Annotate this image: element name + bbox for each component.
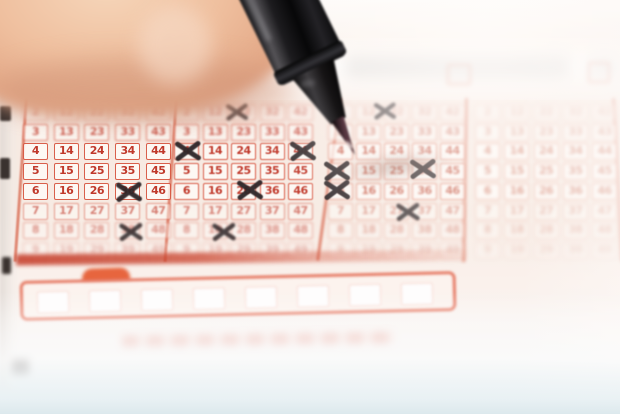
fingernail bbox=[138, 6, 212, 84]
number-cell: 26 bbox=[534, 183, 559, 200]
number-cell: 25 bbox=[534, 163, 559, 180]
number-cell: 3 bbox=[23, 124, 48, 141]
timing-mark bbox=[0, 158, 10, 179]
number-cell: 8 bbox=[174, 222, 199, 239]
number-cell: 25 bbox=[84, 163, 109, 180]
number-cell: 47 bbox=[288, 203, 313, 220]
x-mark-26 bbox=[235, 179, 265, 201]
number-cell: 18 bbox=[504, 222, 529, 239]
number-cell: 48 bbox=[592, 222, 617, 239]
number-cell: 16 bbox=[504, 183, 529, 200]
number-cell: 47 bbox=[592, 203, 617, 220]
number-cell: 5 bbox=[174, 163, 199, 180]
number-cell: 43 bbox=[146, 124, 171, 141]
number-cell: 23 bbox=[84, 124, 109, 141]
number-cell: 8 bbox=[23, 222, 48, 239]
number-cell: 15 bbox=[54, 163, 79, 180]
number-cell: 45 bbox=[146, 163, 171, 180]
number-cell: 43 bbox=[440, 124, 465, 141]
number-cell: 37 bbox=[563, 203, 588, 220]
entry-cell bbox=[193, 287, 225, 310]
timing-mark bbox=[12, 360, 29, 375]
entry-cell bbox=[89, 290, 121, 313]
number-cell: 43 bbox=[592, 124, 617, 141]
number-cell: 46 bbox=[592, 183, 617, 200]
number-cell: 2 bbox=[475, 104, 500, 121]
number-cell: 34 bbox=[115, 143, 140, 160]
number-cell: 36 bbox=[563, 183, 588, 200]
number-cell: 45 bbox=[288, 163, 313, 180]
number-cell: 7 bbox=[475, 203, 500, 220]
number-cell: 13 bbox=[203, 124, 228, 141]
number-cell: 37 bbox=[115, 203, 140, 220]
number-cell: 35 bbox=[260, 163, 285, 180]
number-cell: 16 bbox=[203, 183, 228, 200]
number-cell: 26 bbox=[84, 183, 109, 200]
timing-mark bbox=[2, 257, 11, 274]
number-cell: 35 bbox=[563, 163, 588, 180]
number-cell: 48 bbox=[288, 222, 313, 239]
panel-header-box bbox=[447, 64, 471, 85]
pen-felt-tip bbox=[330, 116, 362, 159]
number-cell: 18 bbox=[54, 222, 79, 239]
number-cell: 24 bbox=[231, 143, 256, 160]
number-cell: 7 bbox=[328, 203, 353, 220]
number-cell: 44 bbox=[592, 143, 617, 160]
number-cell: 13 bbox=[504, 124, 529, 141]
number-cell: 14 bbox=[504, 143, 529, 160]
number-cell: 34 bbox=[260, 143, 285, 160]
number-cell: 38 bbox=[260, 222, 285, 239]
number-cell: 47 bbox=[146, 203, 171, 220]
number-cell: 24 bbox=[534, 143, 559, 160]
number-cell: 7 bbox=[23, 203, 48, 220]
number-cell: 38 bbox=[412, 222, 437, 239]
number-cell: 12 bbox=[504, 104, 529, 121]
number-cell: 6 bbox=[475, 183, 500, 200]
number-cell: 45 bbox=[592, 163, 617, 180]
x-mark-38 bbox=[118, 222, 145, 242]
number-cell: 35 bbox=[115, 163, 140, 180]
number-cell: 46 bbox=[288, 183, 313, 200]
number-cell: 39 bbox=[563, 242, 588, 259]
entry-cell bbox=[401, 283, 433, 306]
number-cell: 22 bbox=[534, 104, 559, 121]
number-cell: 42 bbox=[440, 104, 465, 121]
number-cell: 16 bbox=[356, 183, 381, 200]
x-mark-4 bbox=[173, 140, 203, 162]
number-cell: 23 bbox=[534, 124, 559, 141]
number-cell: 4 bbox=[23, 143, 48, 160]
number-cell: 15 bbox=[504, 163, 529, 180]
number-cell: 5 bbox=[475, 163, 500, 180]
entry-cell bbox=[37, 291, 69, 314]
entry-cell bbox=[245, 286, 277, 309]
number-cell: 32 bbox=[412, 104, 437, 121]
number-cell: 49 bbox=[592, 242, 617, 259]
number-cell: 46 bbox=[146, 183, 171, 200]
entry-cell bbox=[141, 288, 173, 311]
number-cell: 33 bbox=[260, 124, 285, 141]
number-cell: 17 bbox=[504, 203, 529, 220]
panel-header-box bbox=[588, 62, 610, 83]
number-cell: 9 bbox=[475, 242, 500, 259]
x-mark-36 bbox=[114, 181, 144, 203]
number-cell: 33 bbox=[115, 124, 140, 141]
number-cell: 36 bbox=[412, 183, 437, 200]
number-cell: 42 bbox=[592, 104, 617, 121]
number-cell: 5 bbox=[23, 163, 48, 180]
number-cell: 26 bbox=[384, 183, 409, 200]
number-cell: 29 bbox=[534, 242, 559, 259]
number-cell: 7 bbox=[174, 203, 199, 220]
number-cell: 4 bbox=[475, 143, 500, 160]
number-cell: 32 bbox=[563, 104, 588, 121]
number-cell: 27 bbox=[534, 203, 559, 220]
number-cell: 23 bbox=[231, 124, 256, 141]
number-cell: 3 bbox=[174, 124, 199, 141]
number-cell: 24 bbox=[84, 143, 109, 160]
number-cell: 33 bbox=[563, 124, 588, 141]
number-cell: 28 bbox=[534, 222, 559, 239]
number-cell: 28 bbox=[384, 222, 409, 239]
number-cell: 8 bbox=[328, 222, 353, 239]
number-cell: 15 bbox=[203, 163, 228, 180]
number-cell: 17 bbox=[54, 203, 79, 220]
number-cell: 47 bbox=[440, 203, 465, 220]
number-cell: 48 bbox=[146, 222, 171, 239]
number-cell: 27 bbox=[84, 203, 109, 220]
number-cell: 16 bbox=[54, 183, 79, 200]
photo-lottery-ticket: 2122232423132333434142434445152535456162… bbox=[0, 0, 620, 414]
number-cell: 3 bbox=[475, 124, 500, 141]
number-cell: 34 bbox=[563, 143, 588, 160]
number-cell: 13 bbox=[54, 124, 79, 141]
number-cell: 33 bbox=[412, 124, 437, 141]
number-cell: 18 bbox=[356, 222, 381, 239]
number-cell: 28 bbox=[84, 222, 109, 239]
x-mark-18 bbox=[211, 222, 238, 242]
number-cell: 14 bbox=[203, 143, 228, 160]
number-cell: 25 bbox=[231, 163, 256, 180]
number-cell: 14 bbox=[54, 143, 79, 160]
number-cell: 46 bbox=[440, 183, 465, 200]
number-cell: 6 bbox=[23, 183, 48, 200]
number-cell: 8 bbox=[475, 222, 500, 239]
number-cell: 48 bbox=[440, 222, 465, 239]
entry-cell bbox=[349, 284, 381, 307]
number-cell: 38 bbox=[563, 222, 588, 239]
x-mark-37 bbox=[395, 202, 422, 222]
number-cell: 17 bbox=[356, 203, 381, 220]
number-cell: 19 bbox=[504, 242, 529, 259]
number-cell: 17 bbox=[203, 203, 228, 220]
number-cell: 44 bbox=[146, 143, 171, 160]
number-cell: 27 bbox=[231, 203, 256, 220]
entry-cell bbox=[297, 285, 329, 308]
number-cell: 37 bbox=[260, 203, 285, 220]
number-cell: 6 bbox=[174, 183, 199, 200]
